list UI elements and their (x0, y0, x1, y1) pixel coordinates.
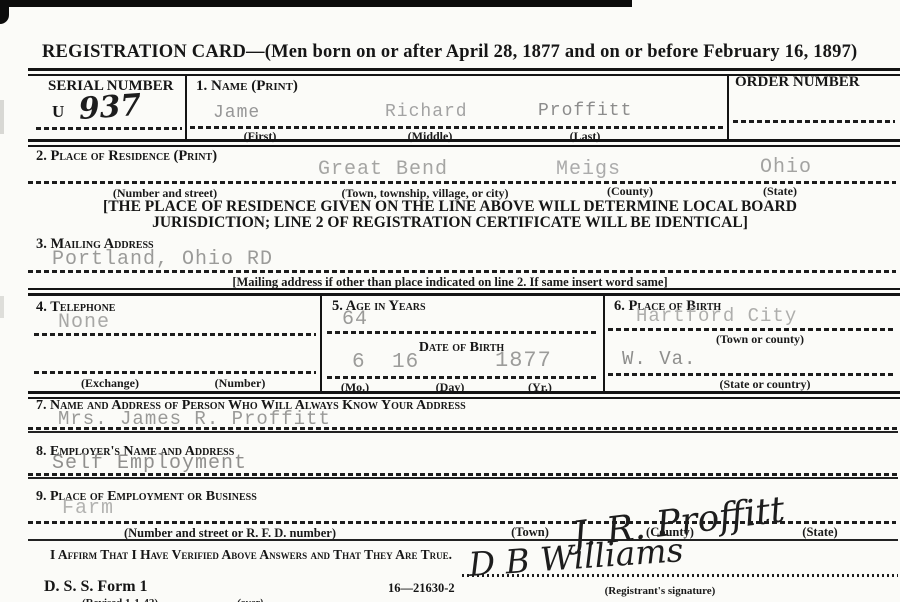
scan-artifact-corner (0, 0, 9, 24)
residence-state-value: Ohio (760, 156, 812, 179)
divider-name-order (727, 75, 729, 140)
signature-line (462, 574, 898, 577)
telephone-sub-exchange: (Exchange) (60, 376, 160, 391)
card-title: REGISTRATION CARD—(Men born on or after … (42, 42, 857, 63)
dob-day-value: 16 (392, 351, 419, 374)
residence-sub-state: (State) (735, 184, 825, 199)
telephone-sub-number: (Number) (190, 376, 290, 391)
residence-notice-line2: JURISDICTION; LINE 2 OF REGISTRATION CER… (0, 214, 900, 232)
birthplace-sub-state: (State or country) (690, 377, 840, 392)
mailing-value: Portland, Ohio RD (52, 248, 273, 271)
telephone-value: None (58, 311, 110, 334)
affirmation-top-rule (28, 539, 898, 541)
scan-artifact-top-band (0, 0, 632, 7)
serial-number-handwritten: 937 (78, 88, 143, 127)
residence-sub-county: (County) (585, 184, 675, 199)
residence-town-value: Great Bend (318, 158, 448, 181)
employment-value: Farm (62, 497, 114, 520)
name-middle-value: Richard (385, 102, 468, 122)
telephone-fill-line (34, 333, 316, 336)
form-code: 16—21630-2 (388, 581, 455, 596)
birthplace-town-value: Hartford City (636, 305, 797, 327)
birthplace-state-line (608, 373, 896, 376)
name-last-value: Proffitt (538, 101, 632, 121)
affirmation-text: I Affirm That I Have Verified Above Answ… (50, 547, 452, 563)
birthplace-state-value: W. Va. (622, 348, 696, 370)
residence-county-value: Meigs (556, 158, 621, 181)
telephone-bottom-line (34, 371, 316, 374)
form-revised: (Revised 1-1-42) (55, 597, 185, 602)
birthplace-town-line (608, 328, 896, 331)
dob-year-value: 1877 (495, 348, 552, 373)
contact-fill-line (28, 427, 898, 430)
age-value: 64 (342, 308, 368, 331)
employer-under-rule (28, 477, 898, 479)
order-fill-line (733, 120, 895, 123)
dob-month-value: 6 (352, 351, 366, 374)
age-fill-line (327, 331, 597, 334)
residence-label: 2. Place of Residence (Print) (36, 148, 217, 165)
employment-sub-state: (State) (775, 525, 865, 540)
name-label: 1. Name (Print) (196, 78, 298, 95)
divider-age-birth (603, 295, 605, 392)
birthplace-sub-town: (Town or county) (690, 332, 830, 347)
employer-fill-line (28, 473, 898, 476)
serial-fill-line (36, 127, 182, 130)
divider-serial-name (185, 75, 187, 140)
row3-bottom-rule (28, 288, 900, 296)
scan-artifact-edge-1 (0, 100, 4, 134)
serial-prefix: U (52, 102, 64, 122)
signature-line-label: (Registrant's signature) (560, 585, 760, 597)
order-number-label: ORDER NUMBER (735, 74, 860, 91)
employer-value: Self Employment (52, 452, 247, 475)
scan-artifact-edge-2 (0, 296, 4, 318)
name-first-value: Jame (213, 103, 260, 123)
registration-card-scan: REGISTRATION CARD—(Men born on or after … (0, 0, 900, 602)
mailing-fill-line (28, 270, 896, 273)
dob-fill-line (327, 376, 597, 379)
row1-bottom-rule (28, 139, 900, 147)
contact-under-rule (28, 431, 898, 433)
form-id: D. S. S. Form 1 (44, 578, 148, 596)
form-over: (over) (220, 597, 280, 602)
